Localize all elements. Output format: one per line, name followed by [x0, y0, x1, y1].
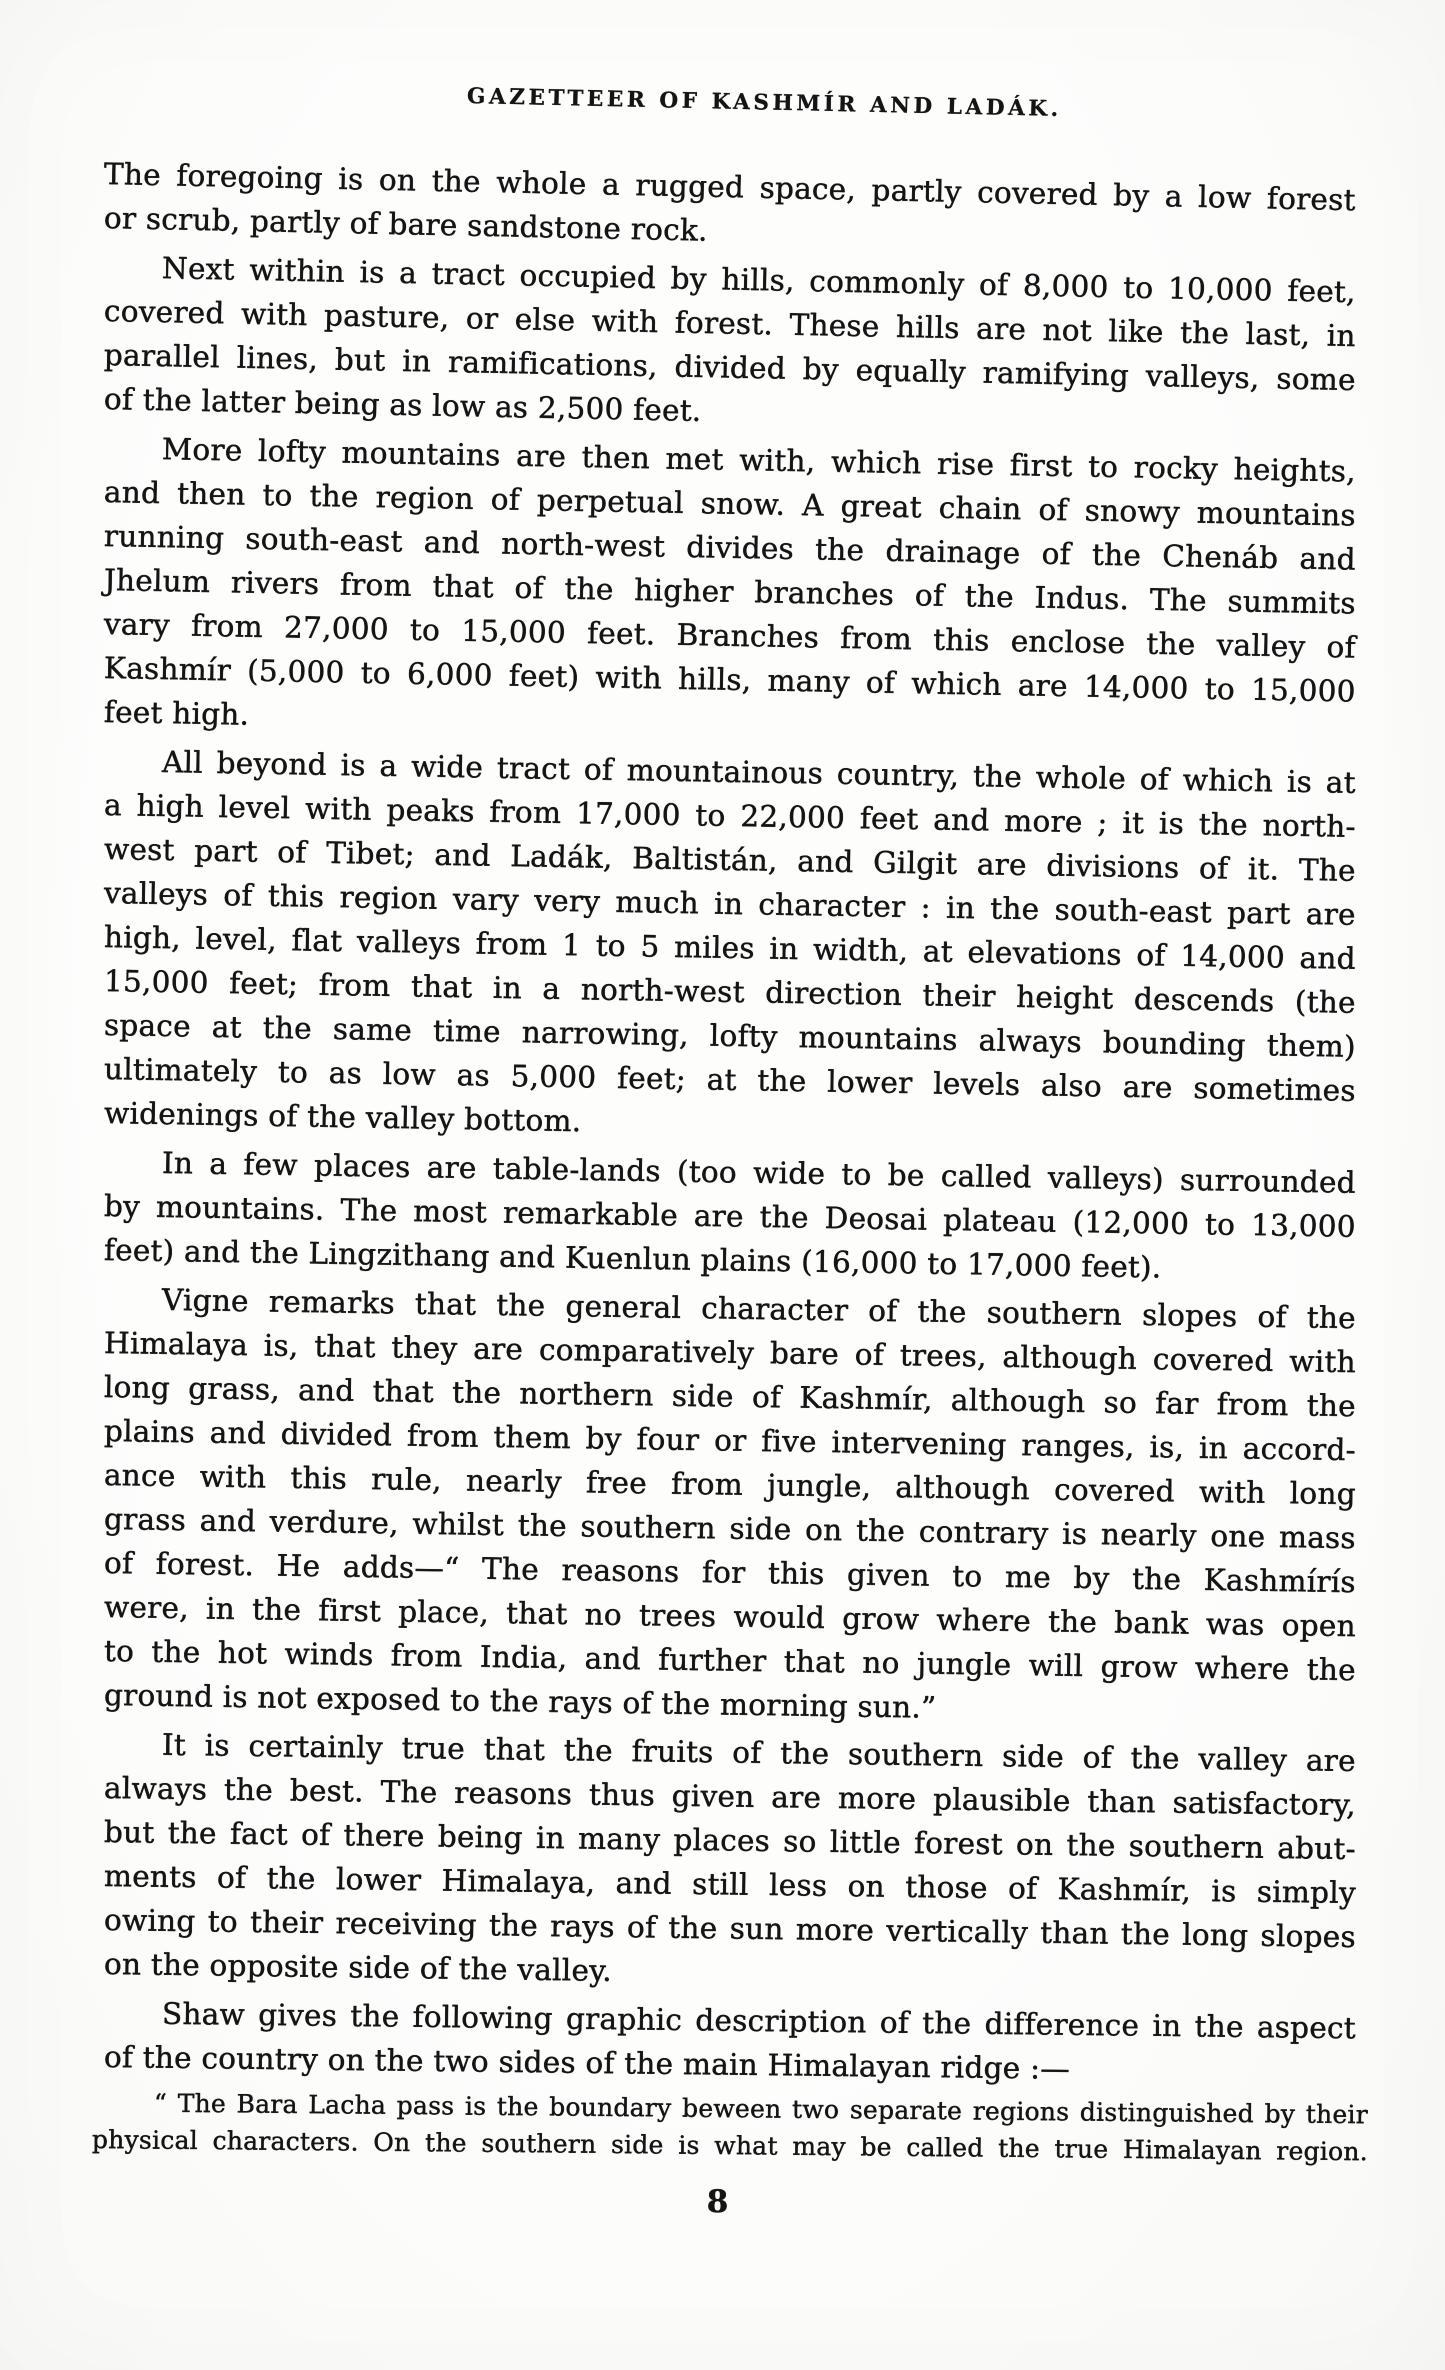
paragraph-quote: “ The Bara Lacha pass is the boundary be…: [92, 2084, 1368, 2158]
scanned-page: GAZETTEER OF KASHMÍR AND LADÁK. The fore…: [0, 0, 1445, 2370]
paragraph: All beyond is a wide tract of mountainou…: [104, 739, 1356, 1135]
page-number: 8: [79, 2184, 1356, 2220]
paragraph: It is certainly true that the fruits of …: [104, 1722, 1356, 1986]
paragraph: Vigne remarks that the general character…: [104, 1277, 1356, 1717]
page-body: The foregoing is on the whole a rugged s…: [104, 152, 1356, 2220]
paragraph: Next within is a tract occupied by hills…: [104, 245, 1356, 421]
paragraph: More lofty mountains are then met with, …: [104, 426, 1356, 734]
paragraph: The foregoing is on the whole a rugged s…: [104, 152, 1356, 240]
running-head: GAZETTEER OF KASHMÍR AND LADÁK.: [467, 84, 1062, 122]
paragraph: Shaw gives the following graphic descrip…: [104, 1991, 1356, 2079]
paragraph: In a few places are table-lands (too wid…: [104, 1140, 1356, 1272]
